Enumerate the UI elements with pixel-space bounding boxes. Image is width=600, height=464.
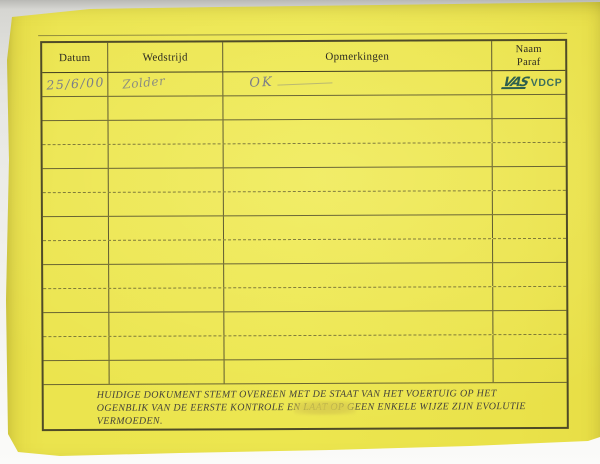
entry-stamp-cell: VAS VDCP xyxy=(492,71,565,94)
table-row-entry: 25/6/00 Zolder OK VAS VDCP xyxy=(42,71,565,97)
table-cell xyxy=(44,361,110,384)
column-header-wedstrijd: Wedstrijd xyxy=(108,42,223,72)
table-cell xyxy=(109,120,224,144)
table-cell xyxy=(224,167,493,191)
entry-date-cell: 25/6/00 xyxy=(42,73,108,96)
paper-sheet: Datum Wedstrijd Opmerkingen Naam Paraf 2… xyxy=(0,0,600,464)
table-cell xyxy=(493,215,566,238)
table-cell xyxy=(493,335,566,358)
table-header-row: Datum Wedstrijd Opmerkingen Naam Paraf xyxy=(42,41,565,73)
declaration-text: HUIDIGE DOKUMENT STEMT OVEREEN MET DE ST… xyxy=(44,383,567,429)
table-cell xyxy=(43,145,109,168)
table-cell xyxy=(492,119,565,142)
table-cell xyxy=(109,216,224,240)
table-cell xyxy=(493,263,566,286)
table-row xyxy=(43,191,566,217)
table-cell xyxy=(493,287,566,310)
table-cell xyxy=(109,288,224,312)
table-cell xyxy=(43,289,109,312)
table-cell xyxy=(224,263,493,287)
table-cell xyxy=(493,167,566,190)
table-cell xyxy=(223,119,492,143)
table-cell xyxy=(224,287,493,311)
table-cell xyxy=(224,335,493,359)
table-cell xyxy=(224,239,493,263)
entry-date-handwriting: 25/6/00 xyxy=(46,74,105,92)
table-row xyxy=(43,215,566,241)
table-cell xyxy=(109,312,224,336)
table-cell xyxy=(43,169,109,192)
table-cell xyxy=(110,360,225,384)
entry-event-handwriting: Zolder xyxy=(122,74,166,92)
table-row xyxy=(44,359,567,385)
table-row xyxy=(43,119,566,145)
table-cell xyxy=(109,336,224,360)
table-cell xyxy=(494,359,567,382)
table-row xyxy=(43,239,566,265)
inspection-record-table: Datum Wedstrijd Opmerkingen Naam Paraf 2… xyxy=(40,39,569,431)
entry-event-cell: Zolder xyxy=(108,72,223,96)
table-cell xyxy=(109,264,224,288)
table-row xyxy=(43,263,566,289)
declaration-line-3: VERMOEDEN. xyxy=(97,413,559,428)
table-cell xyxy=(223,95,492,119)
table-cell xyxy=(43,217,109,240)
table-cell xyxy=(43,265,109,288)
table-cell xyxy=(109,144,224,168)
table-cell xyxy=(493,311,566,334)
table-cell xyxy=(43,337,109,360)
table-row xyxy=(43,311,566,337)
table-cell xyxy=(224,311,493,335)
table-cell xyxy=(43,193,109,216)
column-header-paraf-label: Paraf xyxy=(517,56,541,69)
table-cell xyxy=(224,191,493,215)
table-cell xyxy=(109,192,224,216)
table-cell xyxy=(492,95,565,118)
table-cell xyxy=(493,191,566,214)
table-cell xyxy=(43,241,109,264)
column-header-naam-label: Naam xyxy=(516,44,542,57)
scanned-document-screenshot: { "card": { "table": { "columns": [ { "l… xyxy=(0,0,600,464)
table-cell xyxy=(43,313,109,336)
column-header-naam-paraf: Naam Paraf xyxy=(492,41,565,70)
table-cell xyxy=(109,168,224,192)
table-cell xyxy=(43,121,109,144)
table-cell xyxy=(108,96,223,120)
table-cell xyxy=(109,240,224,264)
table-row xyxy=(43,143,566,169)
table-row xyxy=(43,335,566,361)
table-row xyxy=(42,95,565,121)
column-header-opmerkingen: Opmerkingen xyxy=(223,41,492,71)
table-cell xyxy=(493,143,566,166)
table-cell xyxy=(224,143,493,167)
vas-logo: VAS xyxy=(501,75,531,90)
table-row xyxy=(43,167,566,193)
table-cell xyxy=(42,97,108,120)
column-header-datum: Datum xyxy=(42,43,108,72)
vas-vdcp-stamp: VAS VDCP xyxy=(492,71,565,94)
vdcp-stamp-text: VDCP xyxy=(531,76,563,88)
table-row xyxy=(43,287,566,313)
table-cell xyxy=(224,215,493,239)
entry-remark-handwriting: OK xyxy=(249,72,333,90)
table-cell xyxy=(493,239,566,262)
ink-smudge xyxy=(294,401,356,415)
entry-remark-cell: OK xyxy=(223,71,492,95)
table-cell xyxy=(225,359,494,383)
